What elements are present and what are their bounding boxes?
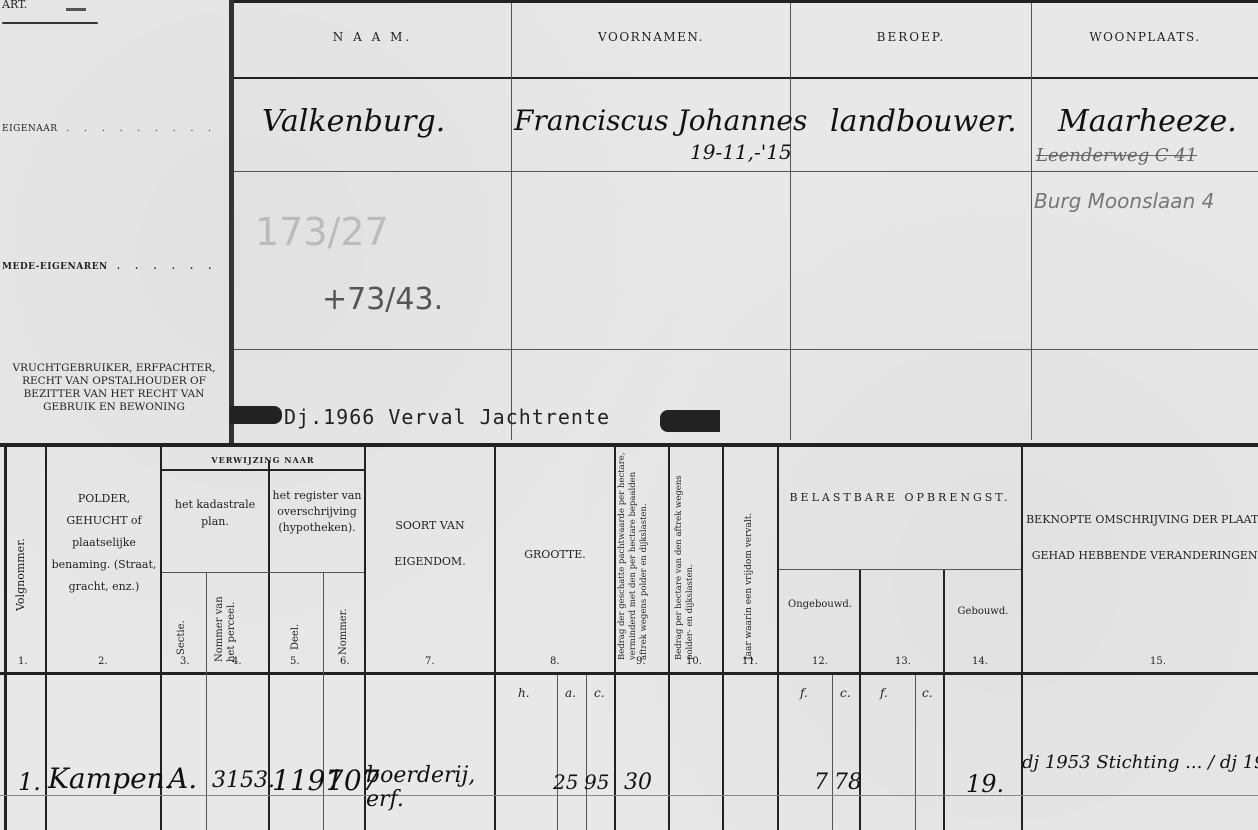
verwijzing-divider: [162, 469, 364, 471]
row-volgnummer: 1.: [18, 768, 41, 796]
header-beroep: BEROEP.: [791, 30, 1031, 44]
owner-col-divider-1: [511, 3, 512, 440]
unit-f1: f.: [800, 686, 808, 700]
owner-old-address: Leenderweg C 41: [1036, 145, 1197, 166]
col-line-1: [45, 447, 47, 830]
header-pachtwaarde: Bedrag der geschatte pachtwaarde per hec…: [617, 450, 665, 660]
pointing-hand-left-icon: [230, 406, 282, 424]
owner-row-divider-2: [234, 349, 1258, 350]
col-num-6: 6.: [340, 656, 350, 667]
verwijzing-subdivider: [162, 572, 364, 573]
owner-col-divider-3: [1031, 3, 1032, 440]
unit-h: h.: [518, 686, 530, 700]
owner-beroep: landbouwer.: [830, 104, 1017, 139]
col-num-8: 8.: [550, 656, 560, 667]
header-vrijdom: Jaar waarin een vrijdom vervalt.: [744, 450, 754, 660]
header-nommer: Nommer.: [338, 585, 349, 655]
header-perceel: Nommer van het perceel.: [214, 582, 260, 662]
col-line-13: [943, 570, 945, 830]
label-mede-eigenaren: MEDE-EIGENAREN . . . . . .: [2, 262, 217, 272]
col-line-13a: [915, 675, 916, 830]
owner-naam: Valkenburg.: [262, 104, 445, 139]
row-soort: boerderij, erf.: [366, 764, 494, 812]
owner-table-left-border: [229, 0, 234, 445]
header-verwijzing: VERWIJZING NAAR: [162, 455, 364, 465]
row-ongebouwd-c: 78: [834, 770, 862, 795]
row-grootte-a: 25: [553, 770, 578, 794]
header-register: het register van overschrijving (hypothe…: [270, 488, 364, 536]
stamp-text: Dj.1966 Verval Jachtrente: [284, 405, 610, 429]
header-deel: Deel.: [290, 600, 301, 650]
header-kadastrale-plan: het kadastrale plan.: [170, 496, 260, 530]
owner-voornamen: Franciscus Johannes: [514, 104, 807, 137]
label-vruchtgebruiker: VRUCHTGEBRUIKER, ERFPACHTER, RECHT VAN O…: [4, 362, 224, 414]
col-num-7: 7.: [425, 656, 435, 667]
row-pachtwaarde: 30: [624, 770, 652, 795]
col-line-8: [614, 447, 616, 830]
pointing-hand-right-icon: [660, 410, 720, 432]
art-mark: [66, 8, 86, 11]
belastbare-subdivider: [779, 569, 1021, 570]
header-polder: POLDER, GEHUCHT of plaatselijke benaming…: [48, 488, 160, 598]
header-sectie: Sectie.: [176, 595, 187, 655]
row-omschrijving: dj 1953 Stichting ... / dj 1951 / 91/968…: [1022, 752, 1258, 774]
header-woonplaats: WOONPLAATS.: [1032, 30, 1258, 44]
col-num-14: 14.: [972, 656, 988, 667]
pencil-fraction: +73/43.: [322, 282, 443, 317]
col-num-4: 4.: [232, 656, 242, 667]
owner-birth-date: 19-11,-'15: [690, 140, 792, 164]
header-gebouwd: Gebouwd.: [946, 606, 1020, 617]
header-omschrijving: BEKNOPTE OMSCHRIJVING DER PLAATS GEHAD H…: [1026, 502, 1258, 574]
col-line-8a: [557, 675, 558, 830]
unit-f2: f.: [880, 686, 888, 700]
unit-c2: c.: [922, 686, 933, 700]
header-soort: SOORT VAN EIGENDOM.: [370, 508, 490, 580]
row-gebouwd: 19.: [966, 770, 1004, 798]
col-num-11: 11.: [742, 656, 758, 667]
col-num-1: 1.: [18, 656, 28, 667]
header-voornamen: VOORNAMEN.: [512, 30, 790, 44]
unit-c1: c.: [840, 686, 851, 700]
art-label: ART.: [2, 0, 27, 11]
parcel-table-top-border: [0, 443, 1258, 447]
row-ongebouwd-f: 7: [814, 770, 828, 795]
parcel-header-bottom: [0, 672, 1258, 675]
owner-table-top-border: [234, 0, 1258, 3]
col-num-12: 12.: [812, 656, 828, 667]
header-naam: N A A M.: [234, 30, 511, 44]
entry-baseline: [0, 795, 1258, 796]
art-underline: [2, 22, 98, 24]
col-num-15: 15.: [1150, 656, 1166, 667]
col-num-5: 5.: [290, 656, 300, 667]
row-perceel: 3153.: [212, 768, 275, 793]
label-eigenaar: EIGENAAR . . . . . . . . .: [2, 124, 217, 134]
registry-page: ART. EIGENAAR . . . . . . . . . MEDE-EIG…: [0, 0, 1258, 830]
owner-col-divider-2: [790, 3, 791, 440]
row-polder: Kampen.: [48, 762, 174, 795]
unit-a: a.: [565, 686, 576, 700]
parcel-left-border: [4, 447, 7, 830]
owner-row-divider-1: [234, 171, 1258, 172]
col-num-13: 13.: [895, 656, 911, 667]
col-line-3: [206, 572, 207, 830]
col-line-9: [668, 447, 670, 830]
col-num-3: 3.: [180, 656, 190, 667]
col-num-10: 10.: [686, 656, 702, 667]
header-belastbare: BELASTBARE OPBRENGST.: [779, 486, 1021, 510]
unit-c: c.: [594, 686, 605, 700]
faint-pencil-fraction: 173/27: [255, 210, 389, 254]
col-line-12a: [832, 675, 833, 830]
header-volgnommer: Volgnommer.: [14, 500, 27, 650]
header-grootte: GROOTTE.: [496, 548, 614, 561]
col-line-8b: [586, 675, 587, 830]
header-ongebouwd: Ongebouwd.: [782, 594, 858, 616]
row-sectie: A.: [168, 762, 197, 795]
owner-header-divider: [234, 77, 1258, 79]
owner-woonplaats: Maarheeze.: [1058, 104, 1237, 139]
row-grootte-c: 95: [584, 770, 609, 794]
col-num-9: 9.: [636, 656, 646, 667]
owner-new-address: Burg Moonslaan 4: [1034, 188, 1254, 214]
header-aftrek: Bedrag per hectare van den aftrek wegens…: [674, 450, 718, 660]
col-line-7: [494, 447, 496, 830]
col-line-10: [722, 447, 724, 830]
col-num-2: 2.: [98, 656, 108, 667]
